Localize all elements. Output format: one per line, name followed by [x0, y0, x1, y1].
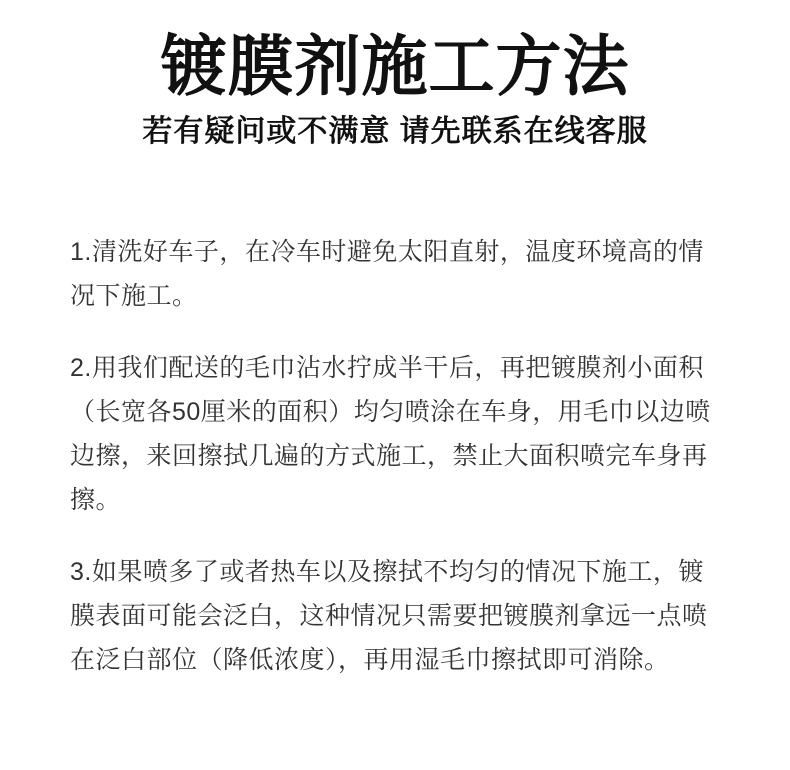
- instruction-step-3: 3.如果喷多了或者热车以及擦拭不均匀的情况下施工，镀膜表面可能会泛白，这种情况只…: [70, 550, 722, 682]
- instruction-page: 镀膜剂施工方法 若有疑问或不满意 请先联系在线客服 1.清洗好车子，在冷车时避免…: [0, 0, 790, 770]
- instruction-steps: 1.清洗好车子，在冷车时避免太阳直射，温度环境高的情况下施工。 2.用我们配送的…: [70, 230, 722, 682]
- page-title: 镀膜剂施工方法: [0, 26, 790, 106]
- page-header: 镀膜剂施工方法 若有疑问或不满意 请先联系在线客服: [0, 26, 790, 152]
- instruction-step-2: 2.用我们配送的毛巾沾水拧成半干后，再把镀膜剂小面积（长宽各50厘米的面积）均匀…: [70, 346, 722, 522]
- page-subtitle: 若有疑问或不满意 请先联系在线客服: [0, 112, 790, 152]
- instruction-step-1: 1.清洗好车子，在冷车时避免太阳直射，温度环境高的情况下施工。: [70, 230, 722, 318]
